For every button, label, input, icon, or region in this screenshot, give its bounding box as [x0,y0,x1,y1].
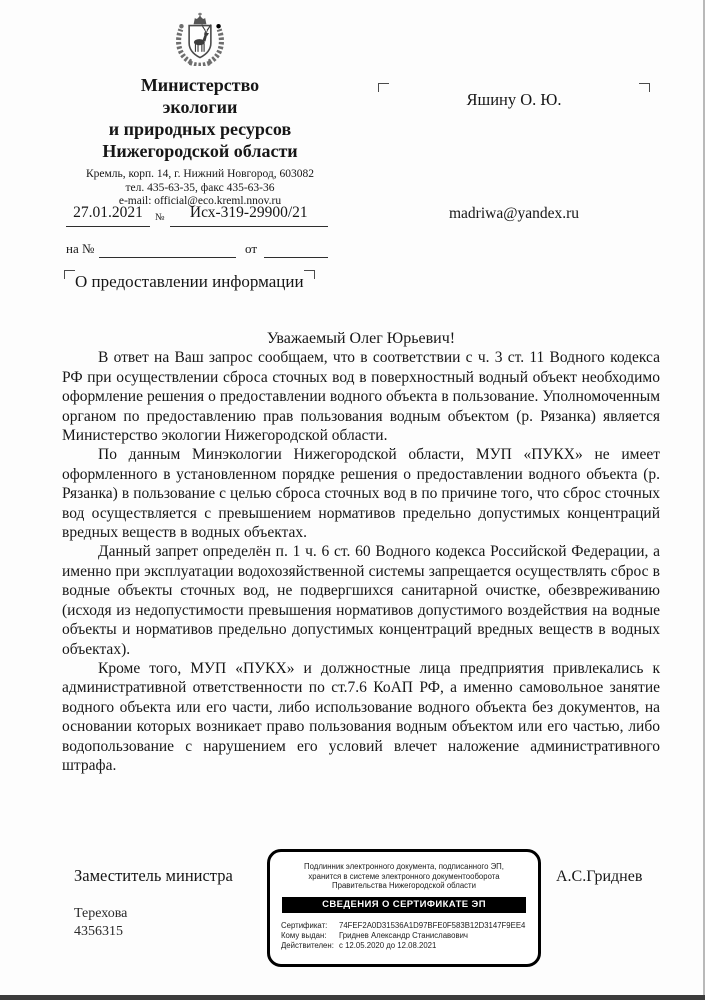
org-line: Нижегородской области [52,140,348,162]
number-sign: № [150,212,170,227]
field-label: Сертификат: [281,921,339,931]
executor-block: Терехова 4356315 [74,905,127,940]
corner-mark-left-icon [64,270,75,279]
body-paragraph: Кроме того, МУП «ПУКХ» и должностные лиц… [62,659,660,775]
subject-line: О предоставлении информации [64,270,302,292]
certificate-validity: с 12.05.2020 до 12.08.2021 [339,941,538,951]
coat-of-arms-icon [168,12,232,71]
certificate-field: Сертификат: 74FEF2A0D31536A1D97BFE0F583B… [281,921,538,931]
scanned-letter-page: Министерство экологии и природных ресурс… [0,0,705,1000]
signer-name: А.С.Гриднев [556,868,642,886]
certificate-info-bar: СВЕДЕНИЯ О СЕРТИФИКАТЕ ЭП [282,897,526,914]
reply-reference-row: на № от [66,241,328,258]
reply-number-blank [99,242,236,258]
corner-mark-right-icon [304,270,315,279]
recipient-email: madriwa@yandex.ru [378,205,650,223]
organization-contacts: Кремль, корп. 14, г. Нижний Новгород, 60… [52,168,348,209]
reply-from-label: от [236,241,264,258]
body-paragraph: В ответ на Ваш запрос сообщаем, что в со… [62,348,660,445]
org-line: экологии [52,96,348,118]
signer-position: Заместитель министра [74,866,233,886]
reply-date-blank [264,242,328,258]
recipient-name: Яшину О. Ю. [467,83,562,110]
scan-edge-bottom [0,995,705,1000]
certificate-owner: Гриднев Александр Станиславович [339,931,538,941]
stamp-header-line: хранится в системе электронного документ… [270,872,538,882]
reply-to-label: на № [66,241,99,258]
certificate-serial: 74FEF2A0D31536A1D97BFE0F583B12D3147F9EE4 [339,921,538,931]
organization-name: Министерство экологии и природных ресурс… [52,74,348,162]
corner-mark-right-icon [639,83,650,92]
letter-date: 27.01.2021 [66,204,150,227]
letter-body: Уважаемый Олег Юрьевич! В ответ на Ваш з… [62,329,660,775]
org-line: и природных ресурсов [52,118,348,140]
stamp-header-line: Подлинник электронного документа, подпис… [270,862,538,872]
letterhead: Министерство экологии и природных ресурс… [52,12,348,209]
stamp-header: Подлинник электронного документа, подпис… [270,862,538,891]
executor-name: Терехова [74,905,127,923]
recipient-zone: Яшину О. Ю. [378,83,650,110]
stamp-header-line: Правительства Нижегородской области [270,881,538,891]
field-label: Кому выдан: [281,931,339,941]
body-paragraph: По данным Минэкологии Нижегородской обла… [62,445,660,542]
org-line: Министерство [52,74,348,96]
executor-phone: 4356315 [74,923,127,941]
address-line: Кремль, корп. 14, г. Нижний Новгород, 60… [52,168,348,182]
salutation: Уважаемый Олег Юрьевич! [62,329,660,348]
field-label: Действителен: [281,941,339,951]
outgoing-number: Исх-319-29900/21 [170,204,328,227]
certificate-fields: Сертификат: 74FEF2A0D31536A1D97BFE0F583B… [281,921,538,950]
certificate-field: Действителен: с 12.05.2020 до 12.08.2021 [281,941,538,951]
date-number-row: 27.01.2021 № Исх-319-29900/21 [66,204,328,227]
corner-mark-left-icon [378,83,389,92]
letter-subject: О предоставлении информации [75,270,304,292]
phone-fax-line: тел. 435-63-35, факс 435-63-36 [52,182,348,196]
esignature-stamp: Подлинник электронного документа, подпис… [267,849,541,967]
certificate-field: Кому выдан: Гриднев Александр Станиславо… [281,931,538,941]
body-paragraph: Данный запрет определён п. 1 ч. 6 ст. 60… [62,542,660,658]
